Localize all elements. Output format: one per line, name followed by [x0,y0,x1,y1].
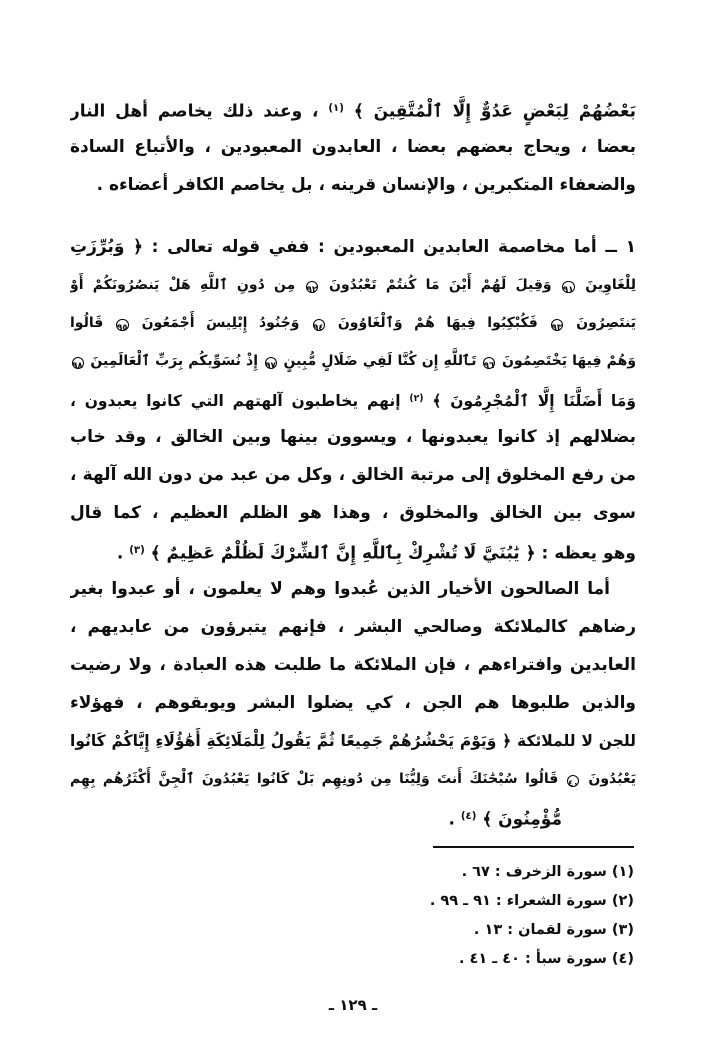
text-line: وهو يعظه : ﴿ يَٰبُنَيَّ لَا تُشْرِكْ بِٱ… [70,532,636,570]
main-text: بَعْضُهُمْ لِبَعْضٍ عَدُوٌّ إِلَّا ٱلْمُ… [70,90,636,836]
paragraph: ١ ــ أما مخاصمة العابدين المعبودين : ففي… [70,228,636,570]
quran-text: وَجُنُودُ إِبْلِيسَ أَجْمَعُونَ [142,315,300,331]
paragraph: أما الصالحون الأخيار الذين عُبدوا وهم لا… [70,570,636,836]
text-line: ١ ــ أما مخاصمة العابدين المعبودين : ففي… [70,228,636,266]
verse-number-badge: ٩٥ [116,319,128,331]
text-line: وَهُمْ فِيهَا يَخْتَصِمُونَ ٩٦ تَٱللَّهِ… [70,342,636,380]
footnote-item: (١) سورة الزخرف : ٦٧ . [334,858,634,887]
body-text: . [117,544,123,564]
body-text: العابدين وافتراءهم ، فإن الملائكة ما طلب… [70,655,636,684]
body-text: بضلالهم إذ كانوا يعبدونها ، ويسوون بينها… [70,427,636,456]
quran-text: وَمَا أَضَلَّنَا إِلَّا ٱلْمُجْرِمُونَ ﴾ [432,392,636,410]
text-line: يَعْبُدُونَ ٤٠ قَالُوا سُبْحَٰنَكَ أَنتَ… [70,760,636,798]
quran-text: وَهُمْ فِيهَا يَخْتَصِمُونَ [502,353,636,369]
text-line: من رفع المخلوق إلى مرتبة الخالق ، وكل من… [70,456,636,494]
body-text: للجن لا للملائكة [511,732,636,750]
text-line: لِلْغَاوِينَ ٩١ وَقِيلَ لَهُمْ أَيْنَ مَ… [70,266,636,304]
text-line: بَعْضُهُمْ لِبَعْضٍ عَدُوٌّ إِلَّا ٱلْمُ… [70,90,636,128]
body-text: أما الصالحون الأخيار الذين عُبدوا وهم لا… [70,579,610,599]
footnote-item: (٣) سورة لقمان : ١٣ . [334,916,634,945]
text-line: وَمَا أَضَلَّنَا إِلَّا ٱلْمُجْرِمُونَ ﴾… [70,380,636,418]
quran-text: مُّؤْمِنُونَ ﴾ [482,810,562,830]
quran-text: بَعْضُهُمْ لِبَعْضٍ عَدُوٌّ إِلَّا ٱلْمُ… [354,102,636,122]
verse-number-badge: ٩٣ [551,319,563,331]
quran-text: يَعْبُدُونَ [588,771,636,787]
verse-number-badge: ٩١ [562,281,574,293]
verse-number-badge: ٩٨ [72,357,84,369]
text-line: العابدين وافتراءهم ، فإن الملائكة ما طلب… [70,646,636,684]
text-line: مُّؤْمِنُونَ ﴾ (٤) . [70,798,636,836]
body-text: من رفع المخلوق إلى مرتبة الخالق ، وكل من… [70,465,636,494]
text-line: يَنتَصِرُونَ ٩٣ فَكُبْكِبُوا فِيهَا هُمْ… [70,304,636,342]
footnote-item: (٢) سورة الشعراء : ٩١ ـ ٩٩ . [334,887,634,916]
footnote-separator [433,846,634,848]
body-text: والضعفاء المتكبرين ، والإنسان قرينه ، بل… [97,175,636,195]
text-line: والذين طلبوها هم الجن ، كي يضلوا البشر و… [70,684,636,722]
book-page: بَعْضُهُمْ لِبَعْضٍ عَدُوٌّ إِلَّا ٱلْمُ… [0,0,706,1061]
body-text: رضاهم كالملائكة وصالحي البشر ، فإنهم يتب… [70,617,636,646]
verse-number-badge: ٩٧ [265,357,277,369]
quran-text: يَنتَصِرُونَ [576,315,636,331]
verse-number-badge: ٩٢ [306,281,318,293]
text-line: رضاهم كالملائكة وصالحي البشر ، فإنهم يتب… [70,608,636,646]
quran-text: قَالُوا [70,315,103,331]
body-text: والذين طلبوها هم الجن ، كي يضلوا البشر و… [70,693,636,722]
quran-text: قَالُوا سُبْحَٰنَكَ أَنتَ وَلِيُّنَا مِن… [70,771,558,787]
footnote-ref: (٢) [409,393,423,404]
quran-text: فَكُبْكِبُوا فِيهَا هُمْ وَٱلْغَاوُونَ [338,315,538,331]
quran-text: ﴿ وَيَوْمَ يَحْشُرُهُمْ جَمِيعًا ثُمَّ ي… [70,732,511,750]
verse-number-badge: ٩٤ [313,319,325,331]
footnote-ref: (٤) [461,811,477,822]
text-line: للجن لا للملائكة ﴿ وَيَوْمَ يَحْشُرُهُمْ… [70,722,636,760]
body-text: سوى بين الخالق والمخلوق ، وهذا هو الظلم … [70,503,636,532]
quran-text: وَقِيلَ لَهُمْ أَيْنَ مَا كُنتُمْ تَعْبُ… [329,277,552,293]
footnote-ref: (٣) [129,545,145,556]
body-text: ١ ــ أما مخاصمة العابدين المعبودين : ففي… [143,237,636,257]
verse-number-badge: ٤٠ [567,775,579,787]
quran-text: ﴿ يَٰبُنَيَّ لَا تُشْرِكْ بِٱللَّهِ إِنَ… [151,544,536,564]
footnotes: (١) سورة الزخرف : ٦٧ .(٢) سورة الشعراء :… [334,858,634,974]
text-line: والضعفاء المتكبرين ، والإنسان قرينه ، بل… [70,166,636,204]
text-line: سوى بين الخالق والمخلوق ، وهذا هو الظلم … [70,494,636,532]
footnote-ref: (١) [328,103,344,114]
body-text: وهو يعظه : [536,544,636,564]
text-line: بعضا ، ويحاج بعضهم بعضا ، العابدون المعب… [70,128,636,166]
text-line: أما الصالحون الأخيار الذين عُبدوا وهم لا… [70,570,636,608]
text-line: بضلالهم إذ كانوا يعبدونها ، ويسوون بينها… [70,418,636,456]
body-text: بعضا ، ويحاج بعضهم بعضا ، العابدون المعب… [70,137,636,166]
paragraph: بَعْضُهُمْ لِبَعْضٍ عَدُوٌّ إِلَّا ٱلْمُ… [70,90,636,204]
quran-text: تَٱللَّهِ إِن كُنَّا لَفِي ضَلَالٍ مُّبِ… [284,353,477,369]
footnote-item: (٤) سورة سبأ : ٤٠ ـ ٤١ . [334,945,634,974]
verse-number-badge: ٩٦ [483,357,495,369]
page-number: ـ ١٢٩ ـ [0,996,706,1014]
quran-text: مِن دُونِ ٱللَّهِ هَلْ يَنصُرُونَكُمْ أَ… [70,277,295,293]
quran-text: لِلْغَاوِينَ [585,277,636,293]
quran-text: إِذْ نُسَوِّيكُم بِرَبِّ ٱلْعَالَمِينَ [90,353,258,369]
body-text: . [448,810,454,830]
